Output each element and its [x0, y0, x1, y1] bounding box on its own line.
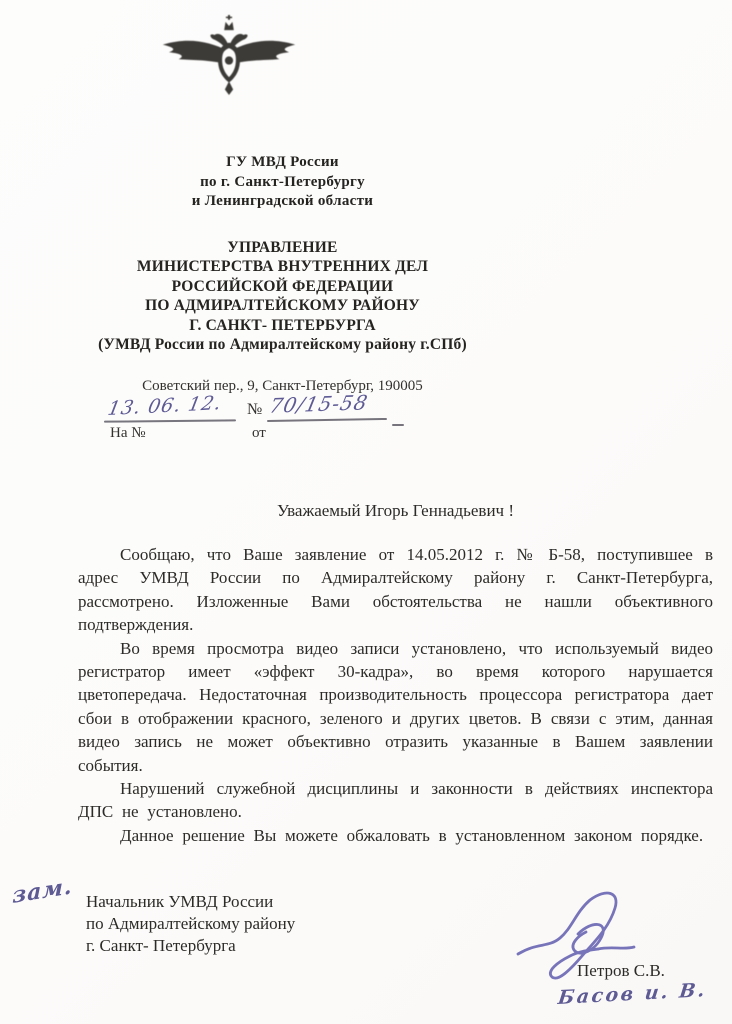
division-line-1: УПРАВЛЕНИЕ	[60, 238, 505, 257]
body-paragraph-4: Данное решение Вы можете обжаловать в ус…	[78, 824, 713, 847]
number-sign: №	[247, 401, 262, 419]
handwritten-note-zam: зам.	[12, 873, 73, 909]
letter-body: Уважаемый Игорь Геннадьевич ! Сообщаю, ч…	[78, 500, 713, 847]
number-underline-tail	[392, 424, 404, 426]
org-top-line-2: по г. Санкт-Петербургу	[60, 173, 505, 193]
position-line-3: г. Санкт- Петербурга	[86, 935, 366, 957]
number-underline	[267, 418, 387, 422]
division-name-block: УПРАВЛЕНИЕ МИНИСТЕРСТВА ВНУТРЕННИХ ДЕЛ Р…	[60, 238, 505, 354]
body-paragraph-2: Во время просмотра видео записи установл…	[78, 637, 713, 777]
body-paragraph-3: Нарушений служебной дисциплины и законно…	[78, 777, 713, 824]
division-line-6: (УМВД России по Адмиралтейскому району г…	[60, 335, 505, 354]
body-paragraph-1: Сообщаю, что Ваше заявление от 14.05.201…	[78, 543, 713, 637]
mvd-double-headed-eagle-icon	[160, 10, 298, 100]
org-name-top-block: ГУ МВД России по г. Санкт-Петербургу и Л…	[60, 153, 505, 212]
division-line-5: Г. САНКТ- ПЕТЕРБУРГА	[60, 316, 505, 335]
ref-number-label: На №	[110, 425, 146, 442]
date-underline	[104, 419, 236, 422]
division-line-4: ПО АДМИРАЛТЕЙСКОМУ РАЙОНУ	[60, 296, 505, 315]
division-line-3: РОССИЙСКОЙ ФЕДЕРАЦИИ	[60, 277, 505, 296]
org-top-line-3: и Ленинградской области	[60, 192, 505, 212]
signatory-name: Петров С.В.	[577, 961, 665, 981]
position-line-1: Начальник УМВД России	[86, 891, 366, 913]
position-line-2: по Адмиралтейскому району	[86, 913, 366, 935]
ref-from-label: от	[252, 425, 266, 442]
doc-number-handwritten: 70/15-58	[267, 390, 370, 418]
scanned-letter: { "page": { "paper_color": "#fcfbfa", "t…	[0, 0, 732, 1024]
signature-position-block: Начальник УМВД России по Адмиралтейскому…	[86, 891, 366, 956]
doc-date-handwritten: 13. 06. 12.	[106, 392, 224, 420]
salutation: Уважаемый Игорь Геннадьевич !	[78, 500, 713, 522]
org-top-line-1: ГУ МВД России	[60, 153, 505, 173]
letter-page: ГУ МВД России по г. Санкт-Петербургу и Л…	[0, 0, 732, 1024]
division-line-2: МИНИСТЕРСТВА ВНУТРЕННИХ ДЕЛ	[60, 257, 505, 276]
